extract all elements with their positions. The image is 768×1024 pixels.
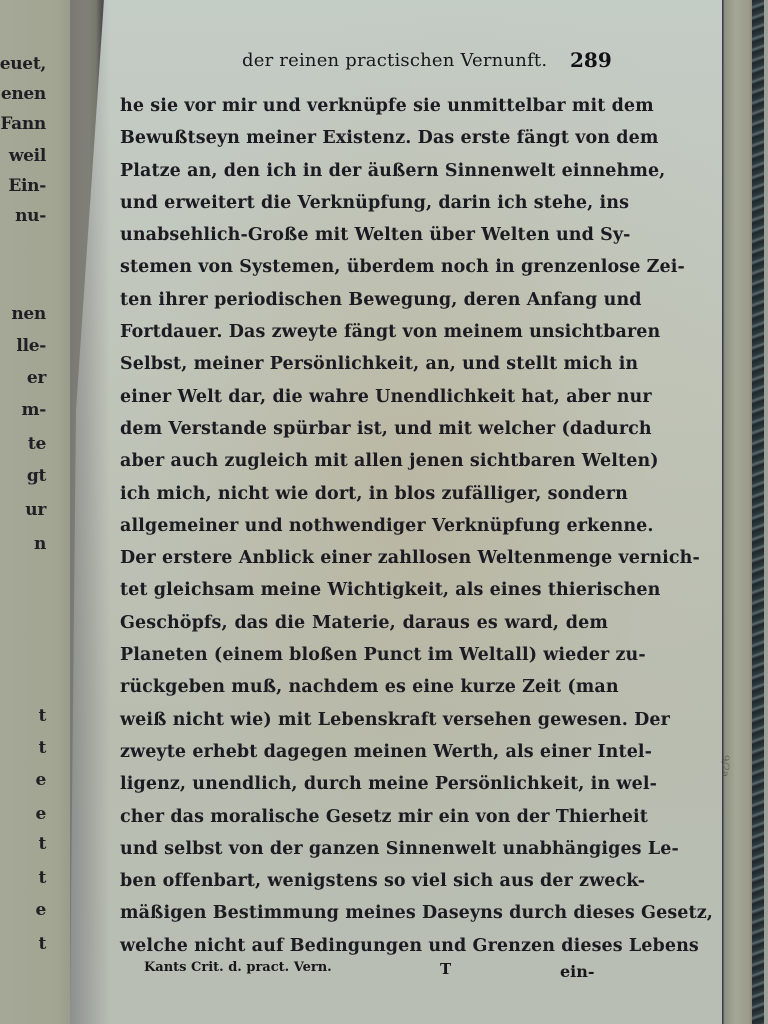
left-page-line-fragment: nen <box>11 304 46 324</box>
text-line: allgemeiner und nothwendiger Verknüpfung… <box>120 510 608 542</box>
text-line: Fortdauer. Das zweyte fängt von meinem u… <box>120 316 608 348</box>
text-line: und selbst von der ganzen Sinnenwelt una… <box>120 833 608 865</box>
left-page-line-fragment: lle- <box>16 336 46 356</box>
text-line: aber auch zugleich mit allen jenen sicht… <box>120 445 608 477</box>
page-number: 289 <box>570 48 612 72</box>
pencil-annotation: 9/2a <box>660 755 730 775</box>
left-page-line-fragment: er <box>27 368 46 388</box>
signature-mark: T <box>440 960 451 978</box>
text-line: Bewußtseyn meiner Existenz. Das erste fä… <box>120 122 608 154</box>
text-line: einer Welt dar, die wahre Unendlichkeit … <box>120 381 608 413</box>
left-page-line-fragment: enen <box>1 84 46 104</box>
cover-edge <box>764 0 768 1024</box>
book-photo: peuet,enenFannweilEin-nu-nenlle-erm-tegt… <box>0 0 768 1024</box>
left-page-line-fragment: e <box>35 770 46 790</box>
text-line: Geschöpfs, das die Materie, daraus es wa… <box>120 607 608 639</box>
text-line: ten ihrer periodischen Bewegung, deren A… <box>120 284 608 316</box>
catchword: ein- <box>560 962 595 981</box>
left-page-line-fragment: t <box>38 834 46 854</box>
body-text: he sie vor mir und verknüpfe sie unmitte… <box>120 90 608 962</box>
left-page-line-fragment: ur <box>25 500 46 520</box>
text-line: ligenz, unendlich, durch meine Persönlic… <box>120 768 608 800</box>
signature-title: Kants Crit. d. pract. Vern. <box>144 960 332 975</box>
text-line: zweyte erhebt dagegen meinen Werth, als … <box>120 736 608 768</box>
left-page-line-fragment: gt <box>27 466 46 486</box>
page-stack-fore-edge <box>722 0 756 1024</box>
left-page-line-fragment: weil <box>9 146 46 166</box>
text-line: dem Verstande spürbar ist, und mit welch… <box>120 413 608 445</box>
left-page-line-fragment: e <box>35 900 46 920</box>
left-page-line-fragment: Fann <box>0 114 46 134</box>
text-line: weiß nicht wie) mit Lebenskraft versehen… <box>120 704 608 736</box>
left-page-line-fragment: e <box>35 804 46 824</box>
text-line: ich mich, nicht wie dort, in blos zufäll… <box>120 478 608 510</box>
text-line: he sie vor mir und verknüpfe sie unmitte… <box>120 90 608 122</box>
left-page-line-fragment: m- <box>22 400 46 420</box>
text-line: Selbst, meiner Persönlichkeit, an, und s… <box>120 348 608 380</box>
right-page: der reinen practischen Vernunft. 289 he … <box>70 0 722 1024</box>
text-line: Platze an, den ich in der äußern Sinnenw… <box>120 155 608 187</box>
text-line: Der erstere Anblick einer zahllosen Welt… <box>120 542 608 574</box>
left-page-line-fragment: t <box>38 868 46 888</box>
text-line: welche nicht auf Bedingungen und Grenzen… <box>120 930 608 962</box>
left-page-line-fragment: peuet, <box>0 54 46 74</box>
text-line: mäßigen Bestimmung meines Daseyns durch … <box>120 897 608 929</box>
text-line: unabsehlich-Große mit Welten über Welten… <box>120 219 608 251</box>
text-line: tet gleichsam meine Wichtigkeit, als ein… <box>120 574 608 606</box>
text-line: Planeten (einem bloßen Punct im Weltall)… <box>120 639 608 671</box>
text-line: rückgeben muß, nachdem es eine kurze Zei… <box>120 671 608 703</box>
running-head: der reinen practischen Vernunft. <box>242 50 547 71</box>
text-line: und erweitert die Verknüpfung, darin ich… <box>120 187 608 219</box>
left-page-line-fragment: t <box>38 738 46 758</box>
text-line: ben offenbart, wenigstens so viel sich a… <box>120 865 608 897</box>
left-page-line-fragment: n <box>34 534 46 554</box>
left-page-line-fragment: Ein- <box>8 176 46 196</box>
left-page-line-fragment: t <box>38 706 46 726</box>
left-page-line-fragment: t <box>38 934 46 954</box>
text-line: stemen von Systemen, überdem noch in gre… <box>120 251 608 283</box>
left-page-line-fragment: te <box>28 434 46 454</box>
text-line: cher das moralische Gesetz mir ein von d… <box>120 801 608 833</box>
left-page-line-fragment: nu- <box>15 206 46 226</box>
